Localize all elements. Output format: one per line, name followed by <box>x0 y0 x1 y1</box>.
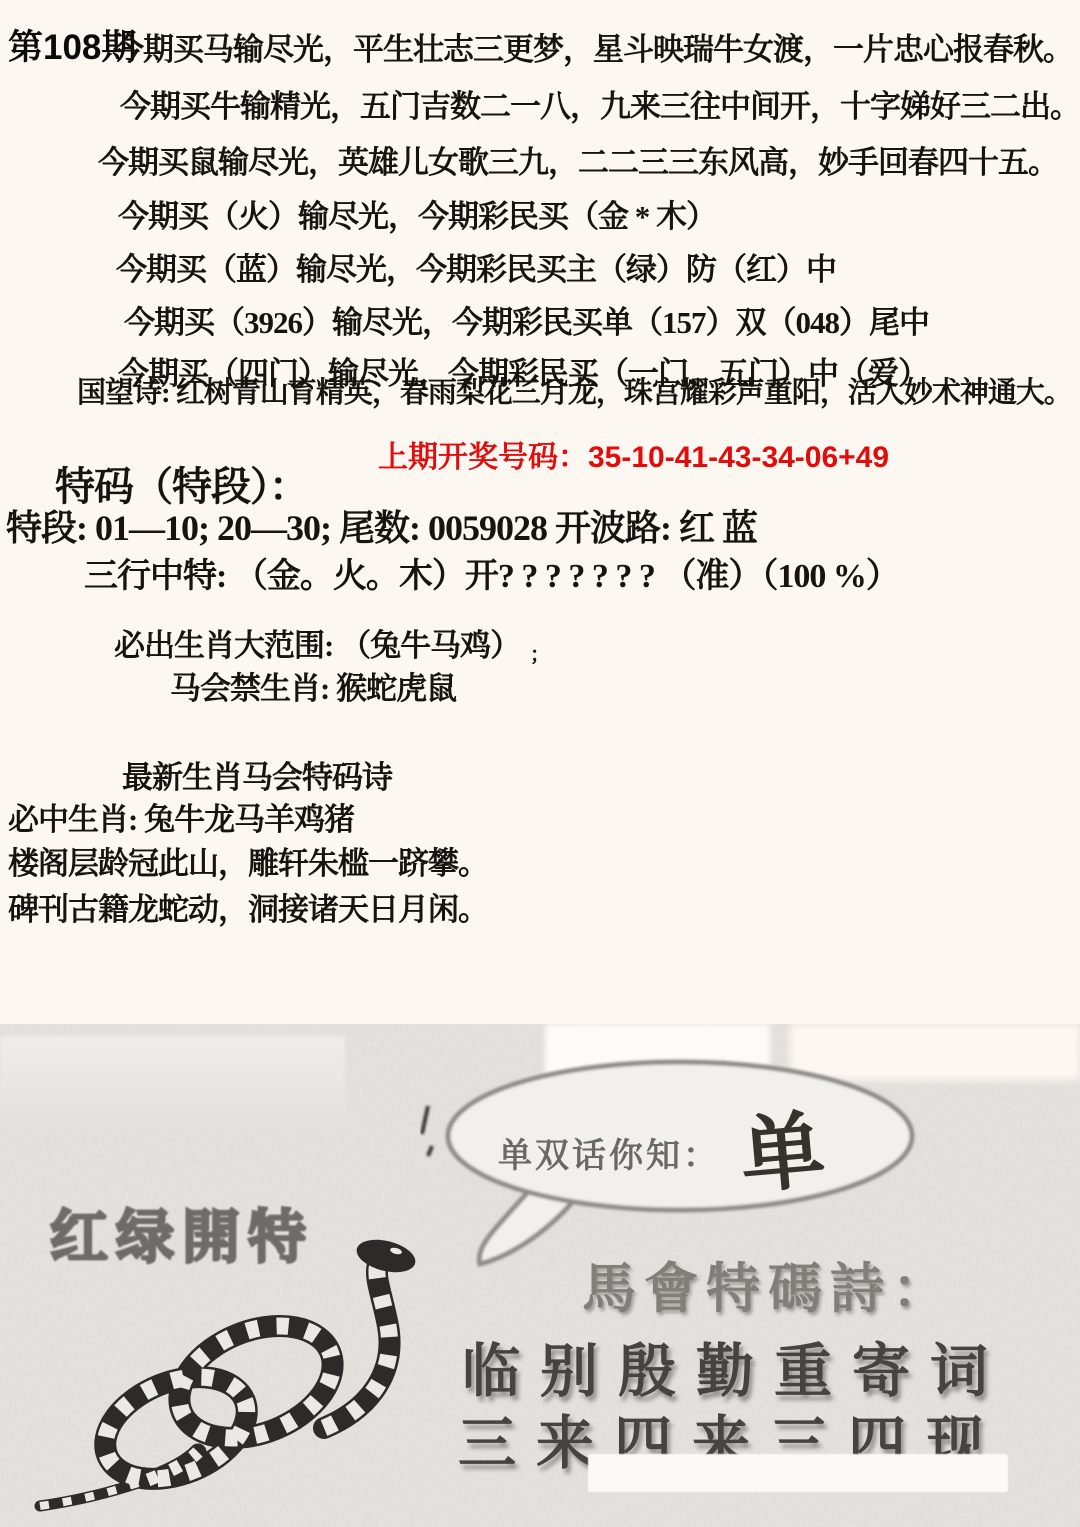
tip-line: 今期买牛输精光，五门吉数二一八，九来三往中间开，十字娣好三二出。 <box>120 81 1080 126</box>
zodiac-poem-line: 楼阁层龄冠此山，雕轩朱槛一跻攀。 <box>8 838 488 883</box>
lottery-tip-sheet: 第108期 今期买马输尽光，平生壮志三更梦，星斗映瑞牛女渡，一片忠心报春秋。 今… <box>0 0 1080 1527</box>
art-poem-title: 馬會特碼詩： <box>582 1246 954 1323</box>
scan-light-patch <box>0 1036 345 1134</box>
tip-line: 今期买（3926）输尽光，今期彩民买单（157）双（048）尾中 <box>124 297 929 342</box>
guowang-line: 国望诗: 红树青山育精英，春雨梨花三月龙，珠宫耀彩声重阳，活人妙术神通大。 <box>77 370 1072 411</box>
last-draw-numbers: 35-10-41-43-34-06+49 <box>588 441 889 474</box>
teduan-line: 特段: 01—10; 20—30; 尾数: 0059028 开波路: 红 蓝 <box>6 500 757 551</box>
zodiac-must-hit-line: 必中生肖: 兔牛龙马羊鸡猪 <box>8 794 354 839</box>
last-draw-line: 上期开奖号码：35-10-41-43-34-06+49 <box>378 432 889 476</box>
tip-line: 今期买（蓝）输尽光，今期彩民买主（绿）防（红）中 <box>116 244 836 289</box>
tip-line: 今期买马输尽光，平生壮志三更梦，星斗映瑞牛女渡，一片忠心报春秋。 <box>113 24 1073 69</box>
coiled-snake-icon <box>24 1238 454 1527</box>
zodiac-forbidden-line: 马会禁生肖: 猴蛇虎鼠 <box>170 663 456 708</box>
artwork-panel: 单双话你知： 单 红绿開特 馬會特碼詩： 临别殷 <box>0 1024 1080 1527</box>
bubble-question-label: 单双话你知： <box>498 1128 720 1177</box>
stray-mark: ； <box>530 638 550 667</box>
zodiac-poem-title: 最新生肖马会特码诗 <box>122 752 392 797</box>
bubble-answer-char: 单 <box>735 1083 829 1211</box>
tip-line: 今期买鼠输尽光，英雄儿女歌三九，二二三三东风高，妙手回春四十五。 <box>98 137 1058 182</box>
last-draw-label: 上期开奖号码： <box>378 441 588 474</box>
zodiac-poem-line: 碑刊古籍龙蛇动，洞接诸天日月闲。 <box>8 884 488 929</box>
art-poem-line: 三来四来三四现 <box>458 1396 1004 1480</box>
sanhang-line: 三行中特: （金。火。木）开? ? ? ? ? ? ? （准）（100 %） <box>84 548 899 597</box>
tip-line: 今期买（火）输尽光，今期彩民买（金 * 木） <box>118 191 716 236</box>
zodiac-range-line: 必出生肖大范围: （兔牛马鸡） <box>114 620 520 665</box>
